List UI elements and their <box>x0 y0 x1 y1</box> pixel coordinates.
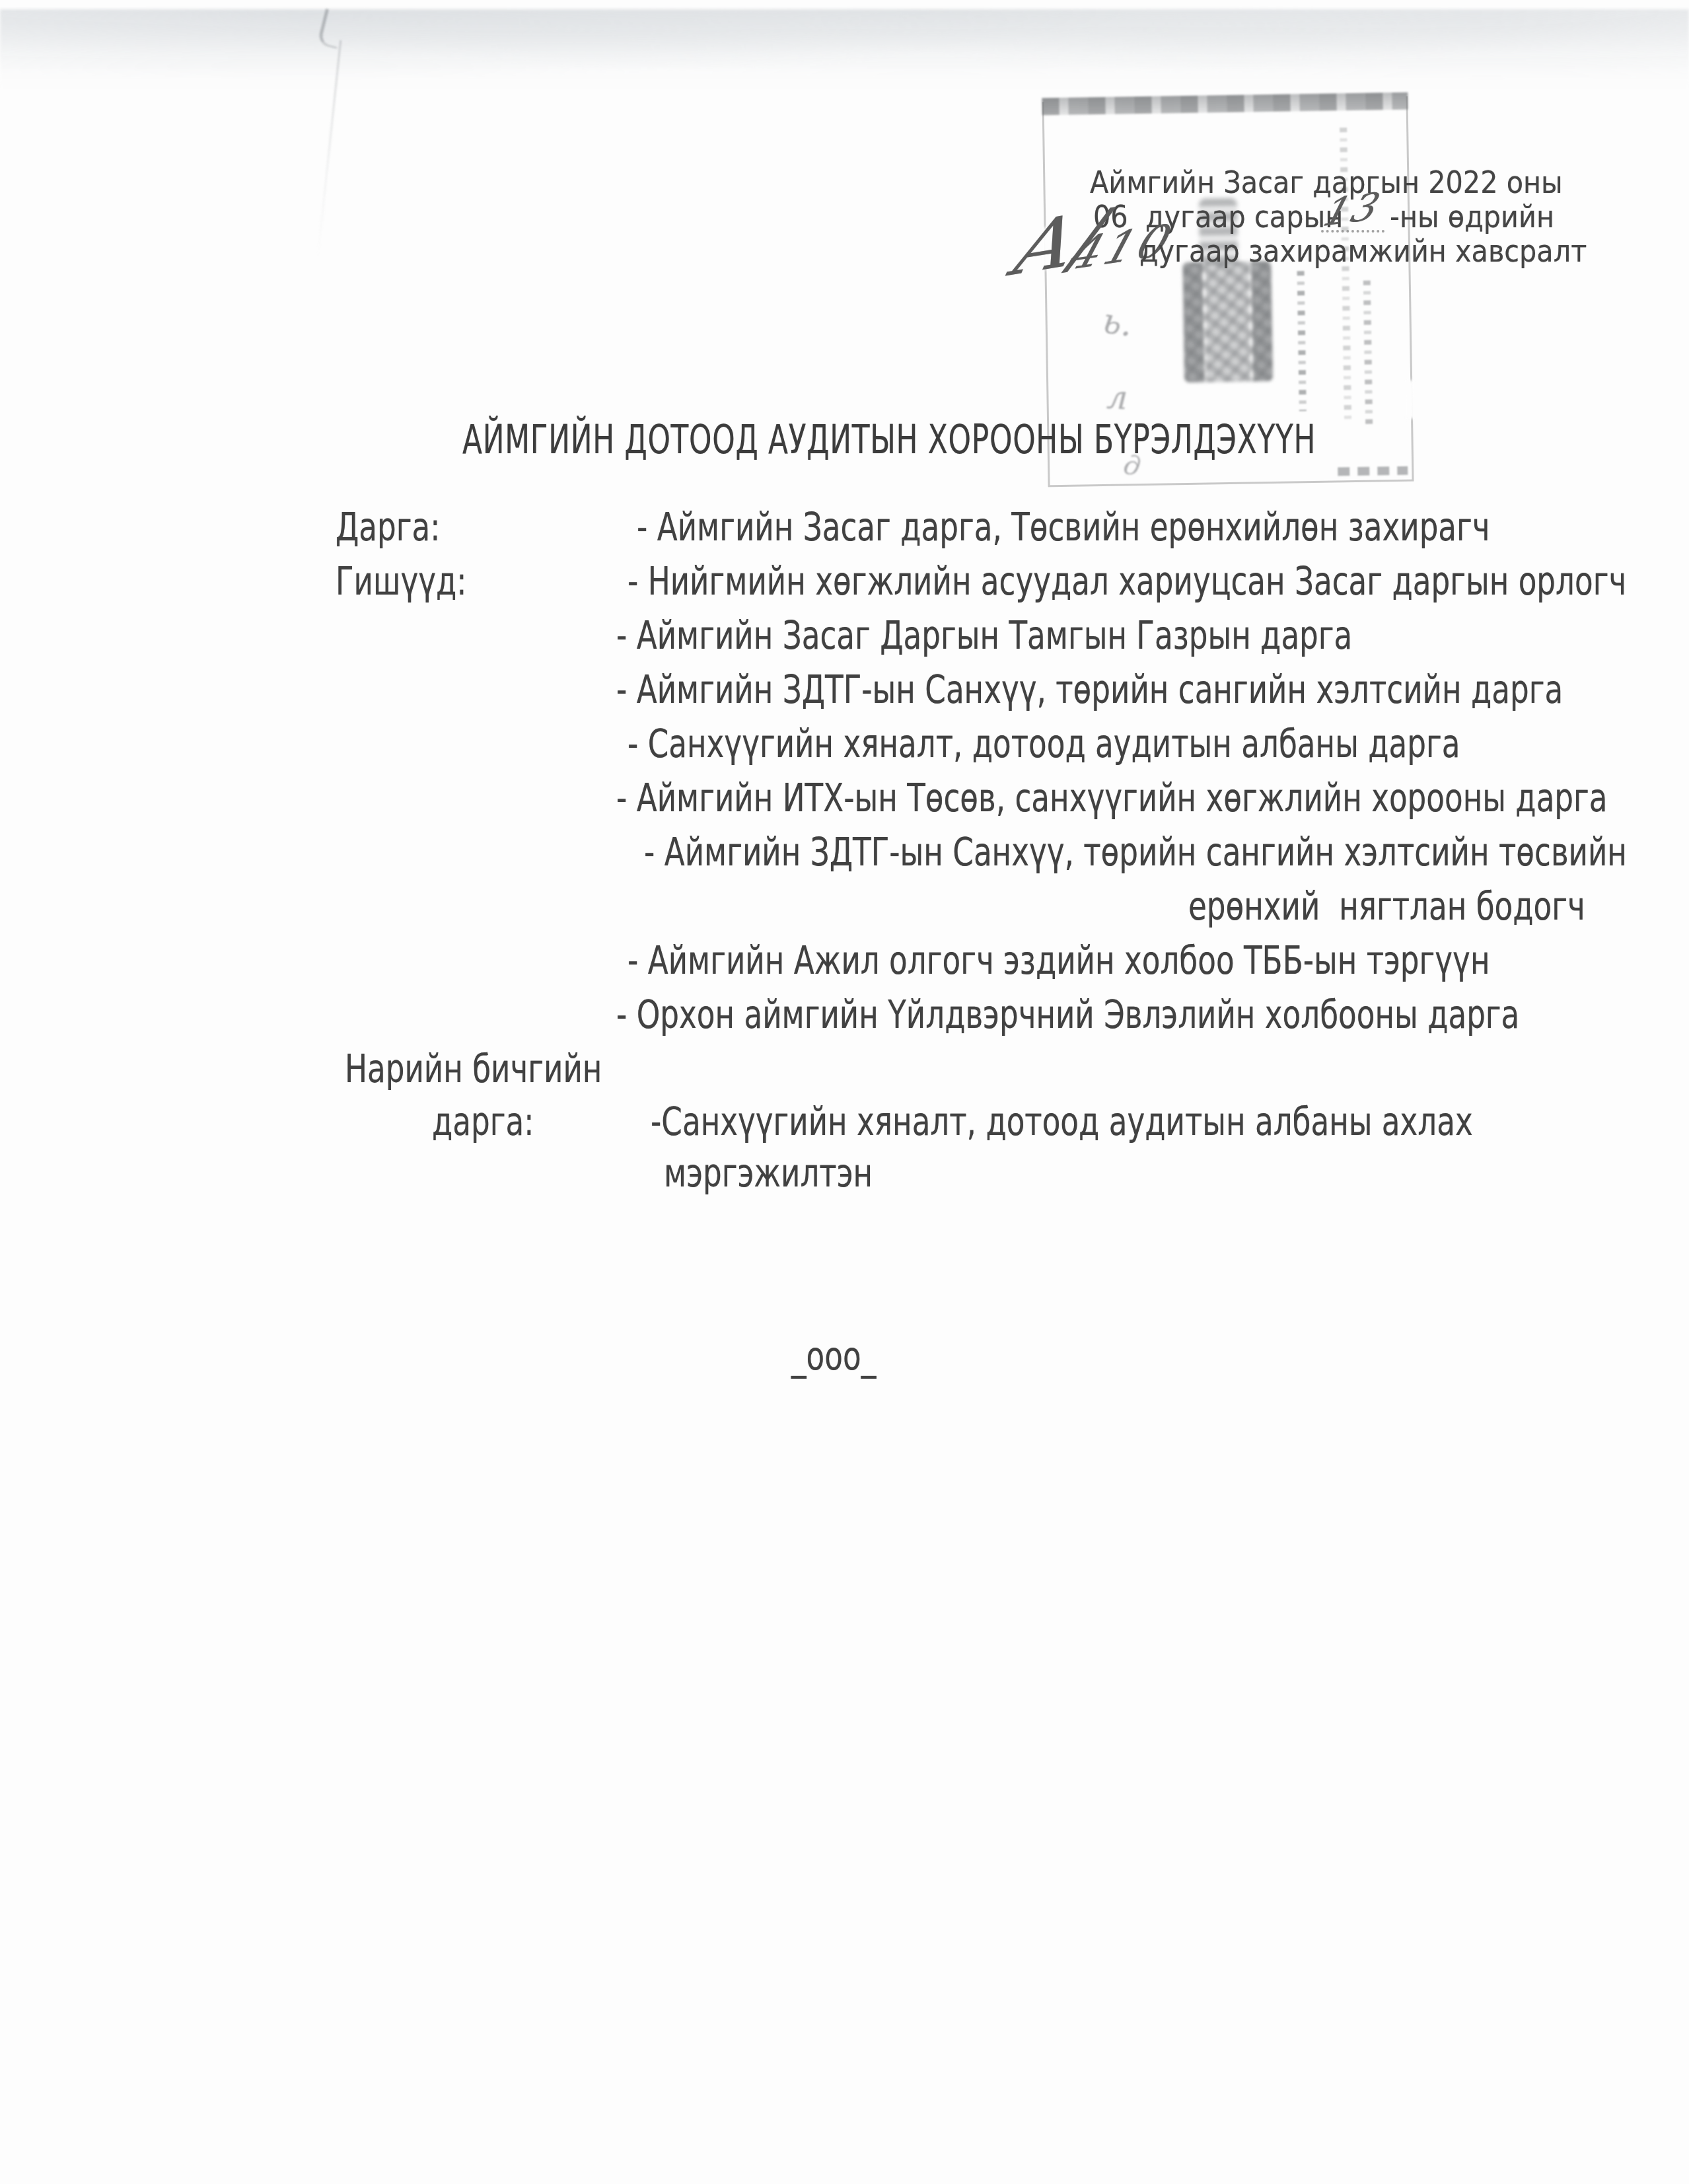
member-item: - Аймгийн ИТХ-ын Төсөв, санхүүгийн хөгжл… <box>616 779 1608 817</box>
member-item: - Аймгийн ЗДТГ-ын Санхүү, төрийн сангийн… <box>644 833 1627 871</box>
scanned-document-page: ь. л д Аймгийн Засаг даргын 2022 оны 06 … <box>0 0 1689 2184</box>
decree-reference-line1: Аймгийн Засаг даргын 2022 оны <box>1090 167 1563 198</box>
member-item: - Орхон аймгийн Үйлдвэрчний Эвлэлийн хол… <box>616 996 1519 1034</box>
scan-edge-shading <box>0 9 1689 108</box>
member-item: - Санхүүгийн хяналт, дотоод аудитын алба… <box>628 725 1460 763</box>
member-item: - Аймгийн Ажил олгогч эздийн холбоо ТББ-… <box>628 941 1490 980</box>
document-title: АЙМГИЙН ДОТООД АУДИТЫН ХОРООНЫ БҮРЭЛДЭХҮ… <box>462 420 1316 460</box>
chairman-value: - Аймгийн Засаг дарга, Төсвийн ерөнхийлө… <box>637 508 1490 546</box>
stamp-border-gap <box>1405 381 1415 419</box>
stamp-faint-glyph: ь. <box>1100 301 1135 345</box>
member-item: - Нийгмийн хөгжлийн асуудал хариуцсан За… <box>628 562 1626 601</box>
chairman-label: Дарга: <box>336 508 441 546</box>
member-item-continuation: ерөнхий нягтлан бодогч <box>1188 887 1585 926</box>
stamp-bottom-marks <box>1338 466 1408 476</box>
stamp-script-column <box>1363 281 1373 426</box>
member-item: - Аймгийн Засаг Даргын Тамгын Газрын дар… <box>616 616 1352 655</box>
decree-reference-line3: дугаар захирамжийн хавсралт <box>1139 236 1587 266</box>
decree-reference-line2-post: -ны өдрийн <box>1390 201 1554 232</box>
secretary-value-line1: -Санхүүгийн хяналт, дотоод аудитын албан… <box>651 1103 1473 1141</box>
stamp-script-column <box>1297 271 1307 411</box>
secretary-label-line1: Нарийн бичгийн <box>345 1050 602 1088</box>
member-item: - Аймгийн ЗДТГ-ын Санхүү, төрийн сангийн… <box>616 671 1563 709</box>
stamp-faint-glyph: л <box>1106 378 1129 418</box>
secretary-label-line2: дарга: <box>432 1103 534 1141</box>
footer-separator: _ооо_ <box>791 1337 876 1375</box>
members-label: Гишүүд: <box>336 562 466 601</box>
day-dotted-line <box>1321 198 1384 233</box>
secretary-value-line2: мэргэжилтэн <box>664 1154 873 1192</box>
stamp-emblem <box>1182 261 1273 382</box>
